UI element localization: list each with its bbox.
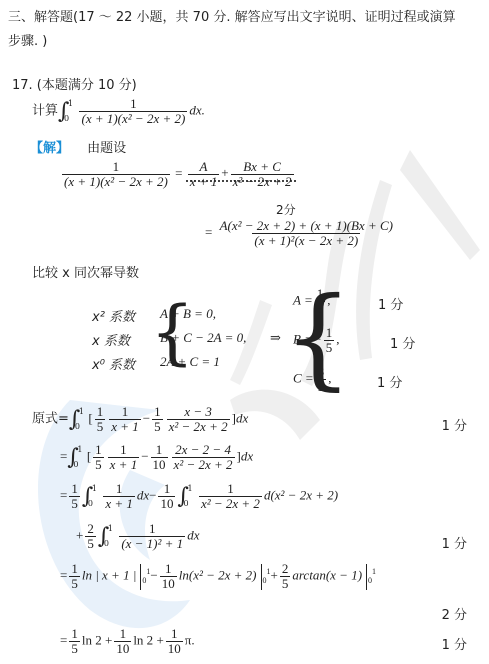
score-step-6: 1 分 [442, 634, 467, 653]
integral-icon: ∫10 [58, 99, 69, 124]
score-step-1: 1 分 [442, 415, 467, 434]
scored-expression: Ax + 1+Bx + Cx² − 2x + 2 [186, 165, 296, 182]
equation: 2A + C = 1 [160, 354, 246, 378]
equation-system: A + B = 0, B + C − 2A = 0, 2A + C = 1 [160, 306, 246, 378]
decomposition-line2: = A(x² − 2x + 2) + (x + 1)(Bx + C)(x + 1… [205, 219, 397, 248]
problem-prompt: 计算∫101(x + 1)(x² − 2x + 2)dx. [32, 97, 205, 126]
prompt-prefix: 计算 [32, 103, 58, 118]
coefficient-labels: x² 系数 x 系数 x⁰ 系数 [92, 306, 135, 378]
compare-text: 比较 x 同次幂导数 [32, 262, 139, 281]
step-5: =15ln | x + 1 |01−110ln(x² − 2x + 2)01+2… [60, 562, 376, 591]
result-b: B =−15, [293, 326, 340, 355]
equation: A + B = 0, [160, 306, 246, 330]
decomposition-line1: 1(x + 1)(x² − 2x + 2) = Ax + 1+Bx + Cx² … [60, 160, 296, 189]
coef-label: x 系数 [92, 330, 135, 354]
step-6: =15ln 2 +110ln 2 +110π. [60, 627, 195, 656]
equation: B + C − 2A = 0, [160, 330, 246, 354]
solution-label: 【解】 由题设 [30, 137, 126, 156]
step-4: +25∫101(x − 1)² + 1dx [76, 522, 199, 551]
coef-label: x⁰ 系数 [92, 354, 135, 378]
score-b: 1 分 [390, 333, 415, 352]
score-c: 1 分 [377, 372, 402, 391]
score-step-4: 1 分 [442, 533, 467, 552]
score-a: 1 分 [378, 294, 403, 313]
result-a: A =15, [293, 287, 330, 316]
solution-intro: 由题设 [87, 141, 126, 156]
score-note-decomp: 2分 [276, 201, 296, 218]
solution-tag: 【解】 [30, 141, 69, 156]
integrand-fraction: 1(x + 1)(x² − 2x + 2) [79, 97, 187, 126]
result-c: C =35, [293, 365, 331, 394]
section-heading-line2: 步骤. ) [8, 30, 47, 49]
step-1: 原式=∫10[151x + 1−15x − 3x² − 2x + 2]dx [32, 405, 248, 434]
implies-arrow: ⇒ [270, 330, 281, 346]
score-step-5: 2 分 [442, 604, 467, 623]
problem-number: 17. (本题满分 10 分) [12, 74, 137, 93]
coef-label: x² 系数 [92, 306, 135, 330]
section-heading-line1: 三、解答题(17 ～ 22 小题，共 70 分. 解答应写出文字说明、证明过程或… [8, 6, 456, 25]
step-3: =15∫101x + 1dx−110∫101x² − 2x + 2d(x² − … [60, 482, 338, 511]
step-2: =∫10[151x + 1−1102x − 2 − 4x² − 2x + 2]d… [60, 443, 253, 472]
